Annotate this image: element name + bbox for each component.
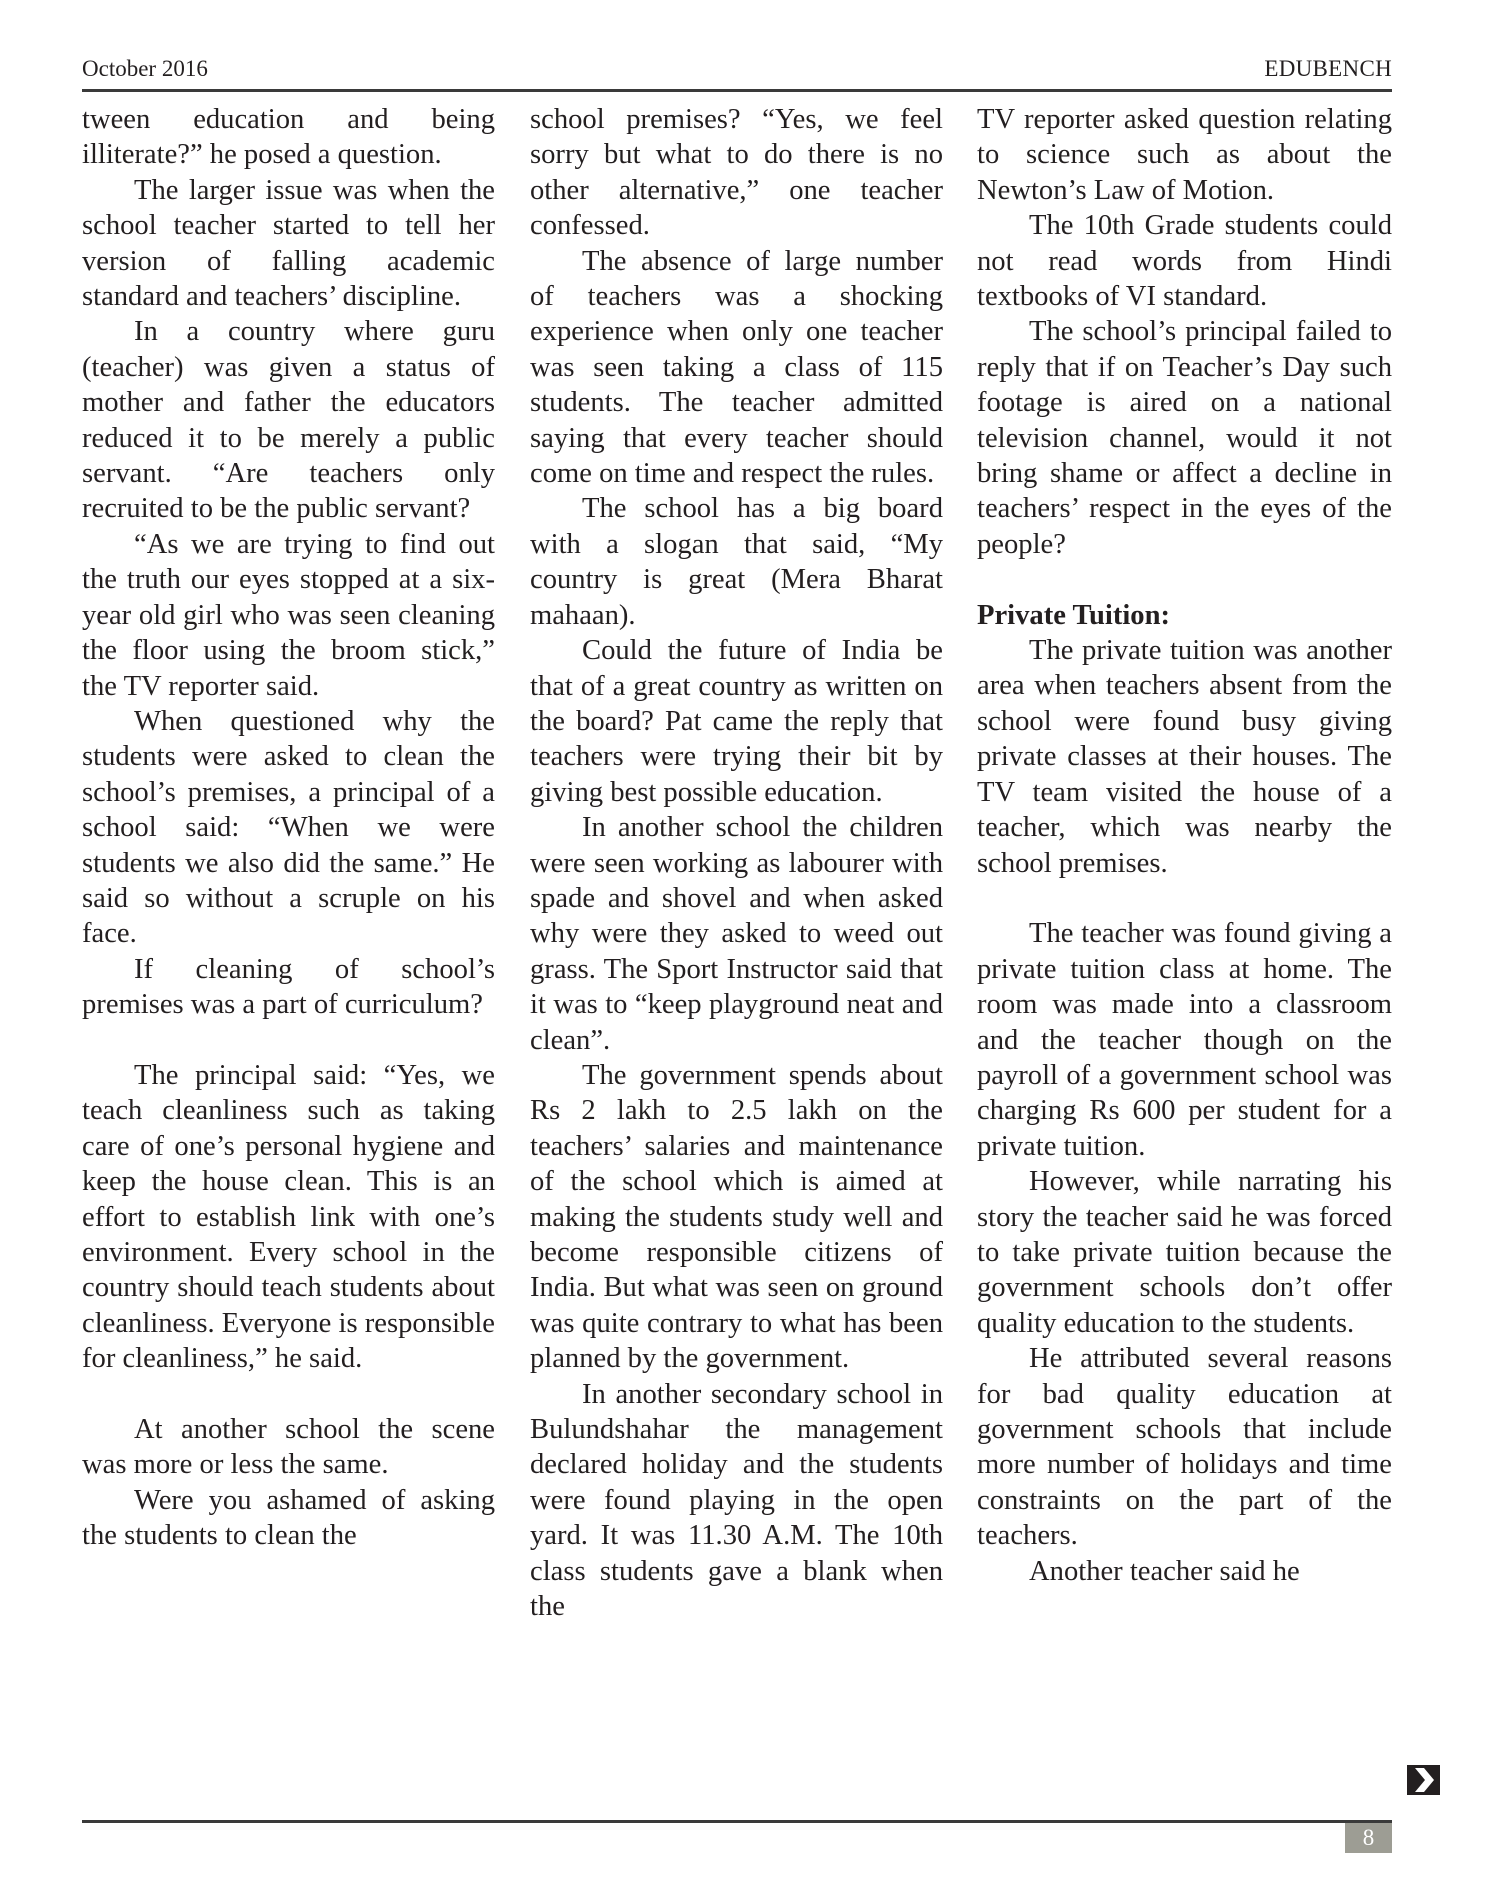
- paragraph: The private tuition was another area whe…: [977, 633, 1392, 881]
- section-heading: Private Tuition:: [977, 598, 1392, 633]
- paragraph: The school has a big board with a slogan…: [530, 491, 943, 633]
- publication-name: EDUBENCH: [1264, 56, 1392, 82]
- paragraph: However, while narrating his story the t…: [977, 1164, 1392, 1341]
- chevron-right-icon: [1407, 1765, 1440, 1795]
- paragraph: TV reporter asked question relating to s…: [977, 102, 1392, 208]
- column-3: TV reporter asked question relating to s…: [977, 102, 1392, 1589]
- paragraph: The 10th Grade students could not read w…: [977, 208, 1392, 314]
- paragraph: The government spends about Rs 2 lakh to…: [530, 1058, 943, 1377]
- next-page-button[interactable]: [1407, 1765, 1440, 1795]
- paragraph: The larger issue was when the school tea…: [82, 173, 495, 315]
- issue-date: October 2016: [82, 56, 208, 82]
- paragraph: Could the future of India be that of a g…: [530, 633, 943, 810]
- paragraph: He attributed several reasons for bad qu…: [977, 1341, 1392, 1553]
- column-1: tween education and being illiterate?” h…: [82, 102, 495, 1554]
- article-body: tween education and being illiterate?” h…: [82, 102, 1392, 1772]
- paragraph: In another school the children were seen…: [530, 810, 943, 1058]
- paragraph: The teacher was found giving a private t…: [977, 916, 1392, 1164]
- paragraph: In another secondary school in Bulundsha…: [530, 1377, 943, 1625]
- paragraph: If cleaning of school’s premises was a p…: [82, 952, 495, 1023]
- paragraph: The absence of large number of teachers …: [530, 244, 943, 492]
- paragraph: In a country where guru (teacher) was gi…: [82, 314, 495, 526]
- paragraph: “As we are trying to find out the truth …: [82, 527, 495, 704]
- footer-divider: [82, 1820, 1392, 1823]
- paragraph: school premises? “Yes, we feel sorry but…: [530, 102, 943, 244]
- page-header: October 2016 EDUBENCH: [82, 56, 1392, 86]
- paragraph: The school’s principal failed to reply t…: [977, 314, 1392, 562]
- paragraph: Were you ashamed of asking the students …: [82, 1483, 495, 1554]
- paragraph: Another teacher said he: [977, 1554, 1392, 1589]
- column-2: school premises? “Yes, we feel sorry but…: [530, 102, 943, 1624]
- paragraph: When questioned why the students were as…: [82, 704, 495, 952]
- page-number-badge: 8: [1345, 1823, 1392, 1853]
- header-divider: [82, 89, 1392, 92]
- paragraph: tween education and being illiterate?” h…: [82, 102, 495, 173]
- paragraph: At another school the scene was more or …: [82, 1412, 495, 1483]
- paragraph: The principal said: “Yes, we teach clean…: [82, 1058, 495, 1377]
